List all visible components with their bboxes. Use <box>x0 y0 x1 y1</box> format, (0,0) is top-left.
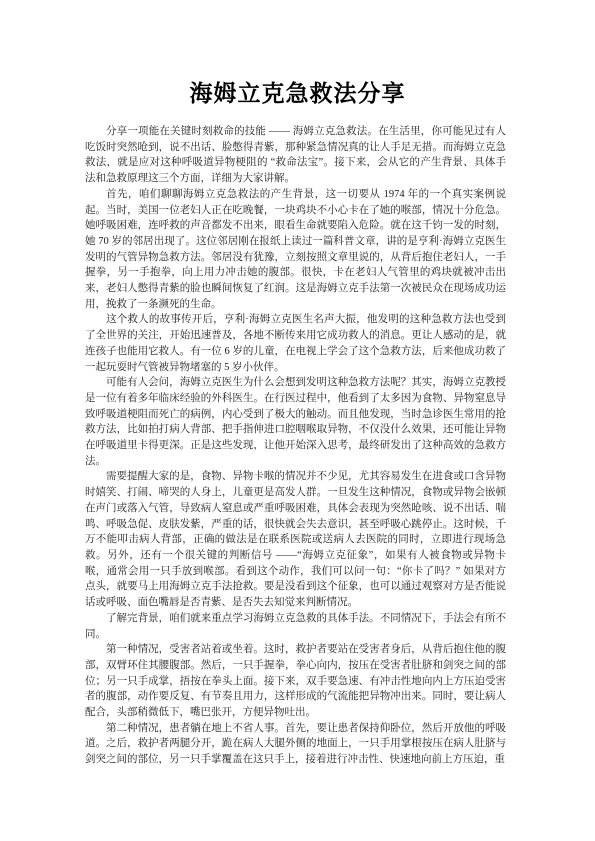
paragraph-invention-reason: 可能有人会问，海姆立克医生为什么会想到发明这种急救方法呢？其实，海姆立克教授是一… <box>85 375 506 469</box>
paragraph-method-standing: 第一种情况，受害者站着或坐着。这时，救护者要站在受害者身后，从背后抱住他的腹部，… <box>85 642 506 721</box>
document-page: 海姆立克急救法分享 分享一项能在关键时刻救命的技能 —— 海姆立克急救法。在生活… <box>0 0 595 841</box>
paragraph-spread: 这个救人的故事传开后，亨利·海姆立克医生名声大振，他发明的这种急救方法也受到了全… <box>85 312 506 375</box>
paragraph-intro: 分享一项能在关键时刻救命的技能 —— 海姆立克急救法。在生活里，你可能见过有人吃… <box>85 124 506 187</box>
paragraph-transition: 了解完背景，咱们就来重点学习海姆立克急救的具体手法。不同情况下，手法会有所不同。 <box>85 611 506 642</box>
document-body: 分享一项能在关键时刻救命的技能 —— 海姆立克急救法。在生活里，你可能见过有人吃… <box>85 124 506 768</box>
paragraph-warning-signs: 需要提醒大家的是，食物、异物卡喉的情况并不少见，尤其容易发生在进食或口含异物时嬉… <box>85 469 506 610</box>
document-title: 海姆立克急救法分享 <box>0 0 595 108</box>
paragraph-method-lying: 第二种情况，患者躺在地上不省人事。首先，要让患者保持仰卧位，然后开放他的呼吸道。… <box>85 721 506 768</box>
paragraph-background-story: 首先，咱们聊聊海姆立克急救法的产生背景，这一切要从 1974 年的一个真实案例说… <box>85 187 506 313</box>
